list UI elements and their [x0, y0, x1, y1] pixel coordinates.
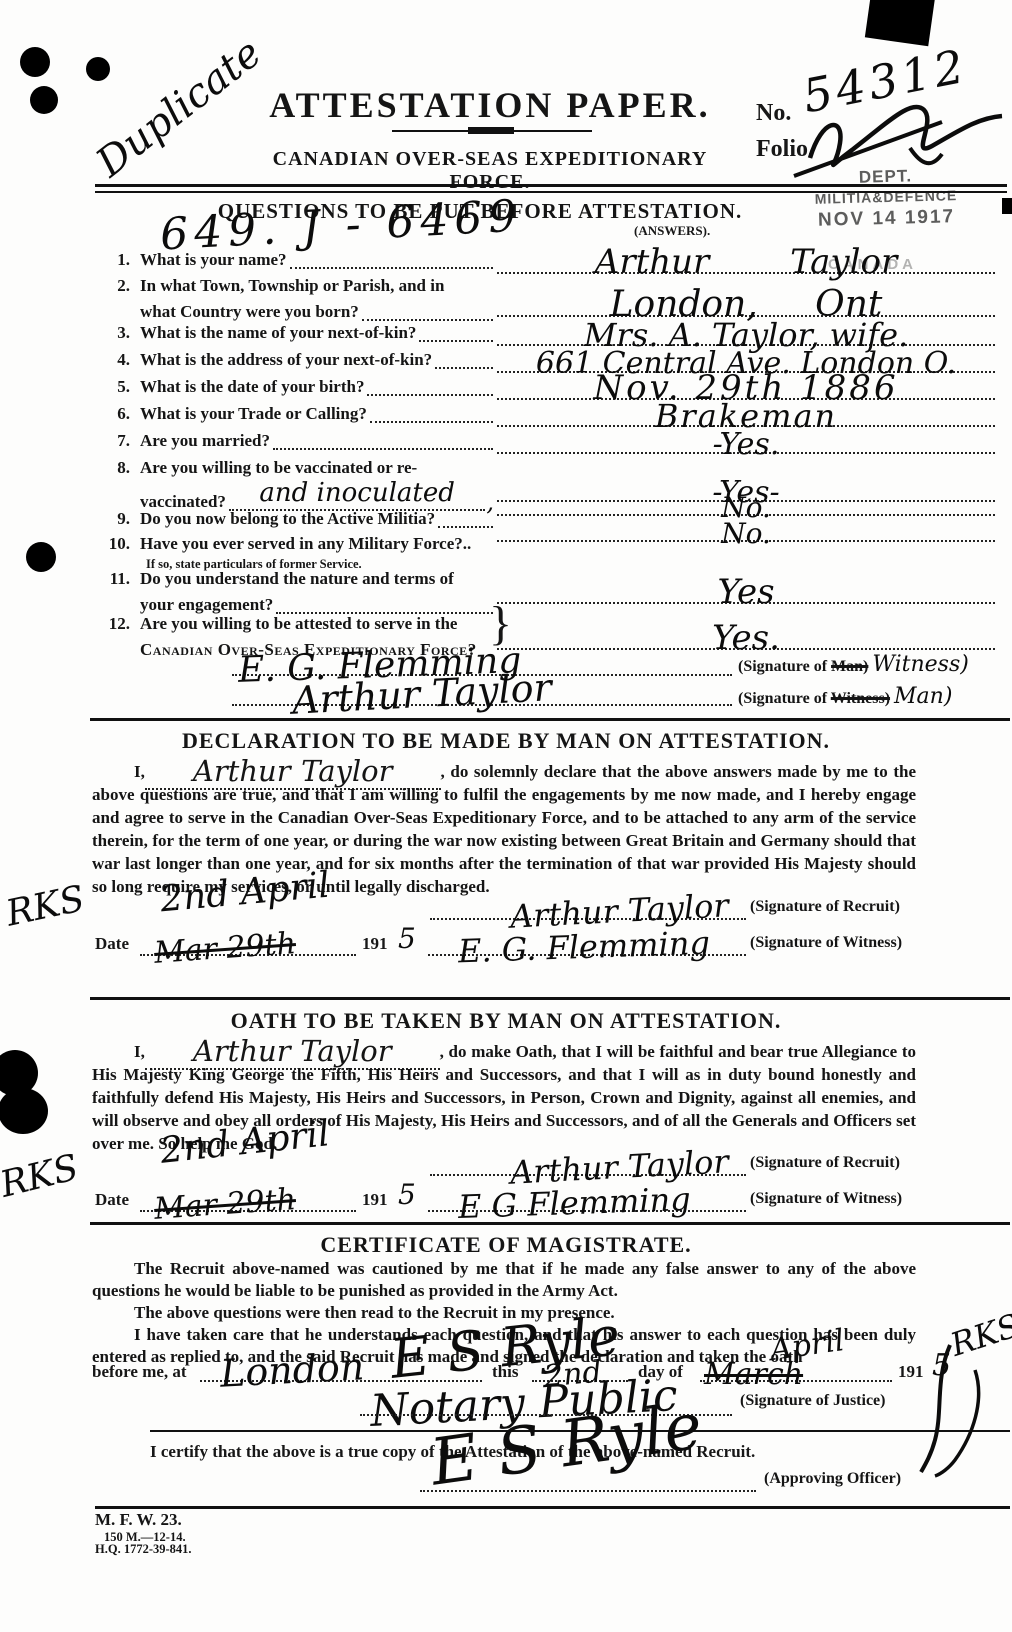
oath-witness-signature: E G Flemming — [457, 1180, 691, 1226]
man-signature-line: Arthur Taylor — [232, 664, 732, 706]
question-5: 5.What is the date of your birth? — [100, 374, 494, 400]
stamp-line-date: NOV 14 1917 — [806, 206, 966, 231]
answer-line-1: Arthur Taylor — [497, 236, 995, 274]
answer-7: -Yes. — [497, 427, 995, 462]
written-word: Man) — [894, 684, 952, 709]
question-number: 2. — [100, 273, 130, 299]
dotted-leader — [273, 448, 493, 450]
struck-word: Man) — [831, 658, 868, 675]
ink-blot — [86, 57, 110, 81]
question-number: 3. — [100, 320, 130, 346]
oath-date-label: Date — [95, 1190, 129, 1210]
question-text: What is the name of your next-of-kin? — [140, 320, 416, 346]
title-divider-bar — [468, 127, 514, 134]
page-subtitle: CANADIAN OVER-SEAS EXPEDITIONARY FORCE. — [240, 148, 740, 194]
section-divider — [90, 1222, 1010, 1225]
header-rule-thick — [95, 184, 1007, 187]
answer-1: Arthur Taylor — [497, 242, 995, 282]
declaration-recruit-label: (Signature of Recruit) — [750, 898, 900, 916]
question-number: 4. — [100, 347, 130, 373]
declaration-intro: I, — [134, 762, 145, 781]
question-number: 11. — [100, 566, 130, 592]
declaration-year-printed: 191 — [362, 934, 388, 954]
question-number: 5. — [100, 374, 130, 400]
question-number: 12. — [100, 611, 130, 637]
question-text: What is the date of your birth? — [140, 374, 364, 400]
declaration-heading: DECLARATION TO BE MADE BY MAN ON ATTESTA… — [150, 728, 862, 754]
justice-label: (Signature of Justice) — [740, 1392, 885, 1410]
question-text: What is your Trade or Calling? — [140, 401, 367, 427]
oath-heading: OATH TO BE TAKEN BY MAN ON ATTESTATION. — [150, 1008, 862, 1034]
approving-label: (Approving Officer) — [764, 1470, 901, 1488]
margin-initials: RKS — [0, 1147, 82, 1206]
ink-blot — [30, 86, 58, 114]
declaration-witness-signature: E. G. Flemming — [457, 924, 710, 971]
question-text: Do you now belong to the Active Militia? — [140, 506, 435, 532]
written-word: Witness) — [872, 652, 968, 677]
no-label: No. — [756, 100, 791, 127]
question-number: 1. — [100, 247, 130, 273]
declaration-witness-line: E. G. Flemming — [428, 914, 746, 956]
dotted-leader — [370, 421, 493, 423]
ink-blot — [26, 542, 56, 572]
label-text: (Signature of — [738, 690, 827, 707]
dotted-leader — [367, 394, 493, 396]
page-title: ATTESTATION PAPER. — [240, 84, 740, 126]
oath-year-written: 5 — [398, 1178, 416, 1211]
question-4: 4.What is the address of your next-of-ki… — [100, 347, 494, 373]
answer-11: Yes — [497, 572, 995, 612]
question-text: What is your name? — [140, 247, 287, 273]
question-number: 7. — [100, 428, 130, 454]
attestation-paper-page: Duplicate ATTESTATION PAPER. CANADIAN OV… — [0, 0, 1012, 1632]
oath-witness-line: E G Flemming — [428, 1170, 746, 1212]
certificate-para1: The Recruit above-named was cautioned by… — [92, 1258, 916, 1302]
question-7: 7.Are you married? — [100, 428, 494, 454]
question-text: Have you ever served in any Military For… — [140, 531, 471, 557]
section-divider — [90, 718, 1010, 721]
oath-year-printed: 191 — [362, 1190, 388, 1210]
man-signature: Arthur Taylor — [291, 665, 553, 723]
ink-smudge — [865, 0, 935, 46]
ink-blot — [0, 1088, 48, 1134]
answer-10: No. — [497, 517, 995, 550]
question-6: 6.What is your Trade or Calling? — [100, 401, 494, 427]
dotted-leader — [435, 367, 493, 369]
question-text: In what Town, Township or Parish, and in — [140, 273, 444, 299]
month-line: March April — [700, 1346, 892, 1382]
header-rule-thin — [95, 191, 1007, 193]
question-3: 3.What is the name of your next-of-kin? — [100, 320, 494, 346]
question-text: What is the address of your next-of-kin? — [140, 347, 432, 373]
answer-line-7: -Yes. — [497, 416, 995, 454]
oath-recruit-label: (Signature of Recruit) — [750, 1154, 900, 1172]
inline-answer: and inoculated — [259, 478, 454, 508]
ink-blot — [20, 47, 50, 77]
struck-word: Witness) — [831, 690, 890, 707]
declaration-witness-label: (Signature of Witness) — [750, 934, 902, 952]
certificate-heading: CERTIFICATE OF MAGISTRATE. — [150, 1232, 862, 1258]
declaration-date-struck: Mar 29th — [153, 926, 297, 971]
oath-intro: I, — [134, 1042, 145, 1061]
answer-line-10: No. — [497, 512, 995, 542]
approving-line — [420, 1456, 756, 1492]
question-text: Do you understand the nature and terms o… — [140, 566, 454, 592]
witness-signature-label: (Signature of Man) Witness) — [738, 652, 969, 677]
oath-date-line: Mar 29th — [140, 1170, 356, 1212]
declaration-date-label: Date — [95, 934, 129, 954]
margin-initials: RKS — [3, 878, 88, 934]
question-number: 9. — [100, 506, 130, 532]
footer-hq-number: H.Q. 1772-39-841. — [95, 1542, 192, 1557]
pen-flourish — [895, 1340, 1005, 1480]
dotted-leader — [438, 526, 493, 528]
answer-line-11: Yes — [497, 566, 995, 604]
declaration-year-written: 5 — [398, 922, 416, 955]
before-me-label: before me, at — [92, 1362, 187, 1382]
question-9: 9.Do you now belong to the Active Militi… — [100, 506, 494, 532]
dotted-leader — [419, 340, 493, 342]
label-text: (Signature of — [738, 658, 827, 675]
oath-date-struck: Mar 29th — [153, 1182, 297, 1227]
place-written: London — [219, 1344, 365, 1395]
question-number: 6. — [100, 401, 130, 427]
footer-form-number: M. F. W. 23. — [95, 1512, 182, 1527]
question-2: 2.In what Town, Township or Parish, and … — [100, 273, 494, 325]
dotted-leader — [290, 267, 493, 269]
declaration-date-line: Mar 29th — [140, 914, 356, 956]
ink-speck — [1002, 198, 1012, 214]
question-1: 1.What is your name? — [100, 247, 494, 273]
question-text: Are you married? — [140, 428, 270, 454]
question-number: 8. — [100, 455, 130, 481]
section-divider — [90, 997, 1010, 1000]
man-signature-label: (Signature of Witness) Man) — [738, 684, 952, 709]
oath-witness-label: (Signature of Witness) — [750, 1190, 902, 1208]
dept-militia-stamp: DEPT. MILITIA&DEFENCE NOV 14 1917 — [805, 164, 967, 231]
question-number: 10. — [100, 531, 130, 557]
footer-divider — [95, 1506, 1010, 1509]
